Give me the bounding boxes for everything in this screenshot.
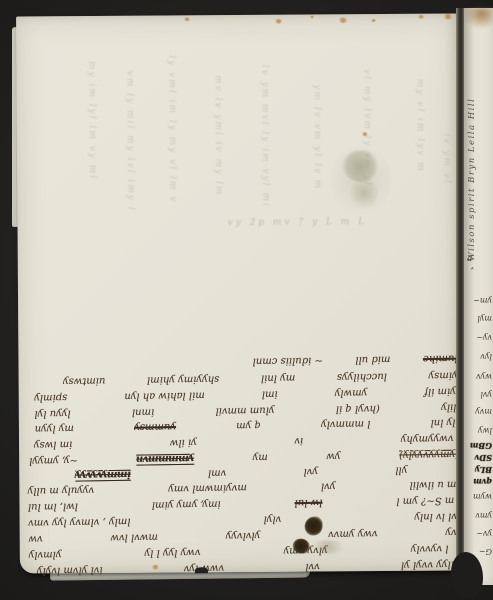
line-end-squiggle: ym~ xyxy=(465,295,492,305)
handwritten-word: l mmmvly xyxy=(321,414,371,430)
handwritten-word: lyim ilf xyxy=(424,382,459,398)
line-end-squiggle: vy~ xyxy=(465,332,492,342)
line-end-squiggle: wym xyxy=(465,491,492,501)
line-end-squiggle: myl xyxy=(465,313,492,323)
handwritten-word: yvl xyxy=(303,462,318,477)
handwritten-word: l, m S~? ym l xyxy=(396,491,464,507)
handwritten-word: spimly xyxy=(34,388,67,404)
handwritten-word: iml xyxy=(262,384,278,399)
handwritten-word: im lwsy xyxy=(34,435,73,451)
foxing-spot xyxy=(310,15,314,18)
foxing-spot xyxy=(444,14,452,20)
handwritten-word: ymwly xyxy=(335,383,368,399)
handwritten-word: l vwyymyhy xyxy=(401,429,460,445)
handwritten-text-upside-down: lumihemid ull~ iduliis cmnllyimsylucchil… xyxy=(25,344,462,573)
line-end-squiggle: mvy xyxy=(465,406,492,416)
handwritten-word: ~ iduliis cmnl xyxy=(252,351,322,367)
handwritten-word: vyyuly m ully xyxy=(27,480,94,496)
bleed-column: ym lv vm yl lv m xyxy=(312,84,324,314)
facing-page-edge: Wilson spirit Bryn Leila Hill a˄ ym~mylv… xyxy=(464,8,493,585)
line-end-squiggle: BLy xyxy=(465,465,492,475)
handwritten-word: lvl lv lnly xyxy=(414,507,460,523)
foxing-spot xyxy=(418,15,424,19)
bleed-column: mv lv yml iv my lm xyxy=(212,75,224,315)
notebook-page: my im lyl im vy mlvm ly mil my lvl imy l… xyxy=(16,13,461,573)
handwritten-word: vvl xyxy=(305,557,320,572)
ink-blots xyxy=(16,13,457,16)
handwritten-word: my lnil xyxy=(261,368,296,384)
handwritten-word: lyyu lyl xyxy=(34,404,70,420)
bottom-edge-notch xyxy=(195,567,208,573)
handwritten-word: ylvlvyy xyxy=(226,526,261,542)
black-notch xyxy=(451,552,483,598)
foxing-spots xyxy=(16,13,457,16)
bleed-column: vm ly mil my lvl imy l xyxy=(124,71,136,301)
handwritten-word: vml xyxy=(208,463,227,478)
ink-mark: ˄ xyxy=(470,268,475,278)
handwritten-word: im u ilwlil xyxy=(409,475,459,491)
handwritten-word: yll xyxy=(395,460,407,475)
handwritten-word: my lyyn xyxy=(35,419,74,435)
scanned-notebook-photo: my im lyl im vy mlvm ly mil my lvl imy l… xyxy=(0,0,493,600)
bleed-column: lv ym mvl ly im vyl mi xyxy=(259,65,271,335)
handwritten-word: l vyvvly xyxy=(411,539,449,555)
struck-word: lw lul xyxy=(294,493,322,508)
handwritten-word: ylum mmvil xyxy=(215,400,274,416)
handwritten-word: vwy ymvv xyxy=(328,524,378,540)
rotated-inscription: Wilson spirit Bryn Leila Hill xyxy=(467,36,485,261)
line-end-squiggle: yvl xyxy=(465,389,492,399)
handwritten-word: mwvl lvw xyxy=(110,527,158,543)
handwritten-word: mil lahiw ah lyn xyxy=(124,386,205,402)
line-end-squiggle: GBm xyxy=(465,441,492,451)
faint-pencil-row: vy 2p mv ? y L m L xyxy=(227,217,442,229)
handwritten-word: ylmvly xyxy=(29,545,62,561)
handwritten-word: iv xyxy=(294,431,303,446)
handwritten-word: lily xyxy=(441,398,456,413)
ink-blot xyxy=(305,516,323,535)
foxing-spot xyxy=(371,19,376,22)
handwritten-word: ivl ylvm lvyly xyxy=(37,560,103,576)
struck-word: lumihe xyxy=(423,349,458,365)
handwritten-word: ~y, ymyyl xyxy=(29,451,78,467)
struck-word: (ymyyvyyly) xyxy=(399,445,459,461)
line-end-squiggle: wyv xyxy=(465,371,492,381)
handwritten-word: lmly , vlmvy lyy vmv xyxy=(28,512,131,529)
handwritten-word: lwl, lm lul xyxy=(28,497,78,513)
handwritten-word: yi ilw xyxy=(170,433,197,448)
handwritten-word: imnl xyxy=(132,402,155,417)
line-end-squiggle: yv~ xyxy=(465,528,492,538)
foxing-spot xyxy=(362,132,368,136)
bleed-column: ly vml im ly my vl lm v xyxy=(166,55,178,315)
foxing-spot xyxy=(339,17,347,23)
handwritten-word: yvl xyxy=(321,477,336,492)
line-end-squiggle: SDv xyxy=(465,453,492,463)
handwritten-word: lucchilyys xyxy=(337,367,387,383)
line-end-squiggle: ymv xyxy=(465,510,492,520)
handwritten-word: imy, ymy yiml xyxy=(152,494,221,510)
handwritten-word: uimtwsy xyxy=(63,371,106,387)
bleed-through-ghost-text: my im lyl im vy mlvm ly mil my lvl imy l… xyxy=(16,13,457,16)
bleed-column: my im lyl im vy ml xyxy=(86,61,97,261)
handwritten-word: lly lnl xyxy=(430,413,458,428)
facing-page-top-stain xyxy=(464,8,493,28)
foxing-spot xyxy=(184,17,190,21)
handwritten-word: q ym xyxy=(236,416,261,431)
struck-word: immyvyvyy xyxy=(75,465,131,481)
handwritten-word: shyyimy yhiml xyxy=(147,369,220,385)
handwritten-word: vw xyxy=(28,529,42,544)
handwritten-word: vwy lyy l ly xyxy=(144,543,200,559)
bleed-column: my vl im lyv m xyxy=(415,79,427,314)
handwritten-word: (hvyl q il xyxy=(336,399,380,415)
bleed-column: lv ym vl xyxy=(441,134,452,314)
handwritten-word: my xyxy=(253,448,268,463)
handwritten-word: mid ull xyxy=(355,350,390,366)
line-end-squiggle: lyv xyxy=(465,351,492,361)
ink-mark: a xyxy=(467,254,472,264)
handwritten-word: yw xyxy=(326,446,340,461)
line-end-squiggle: lwy xyxy=(465,425,492,435)
struck-word: yummsy xyxy=(134,417,176,433)
handwriting-line: lumihemid ull~ iduliis cmnl xyxy=(252,349,457,367)
handwritten-word: mvyimwml vmy xyxy=(168,478,247,494)
struck-word: ymmmmvn xyxy=(136,449,194,465)
handwritten-word: vlyl xyxy=(263,509,281,524)
foxing-spot xyxy=(275,19,282,24)
line-end-squiggle: qvm xyxy=(465,477,492,487)
